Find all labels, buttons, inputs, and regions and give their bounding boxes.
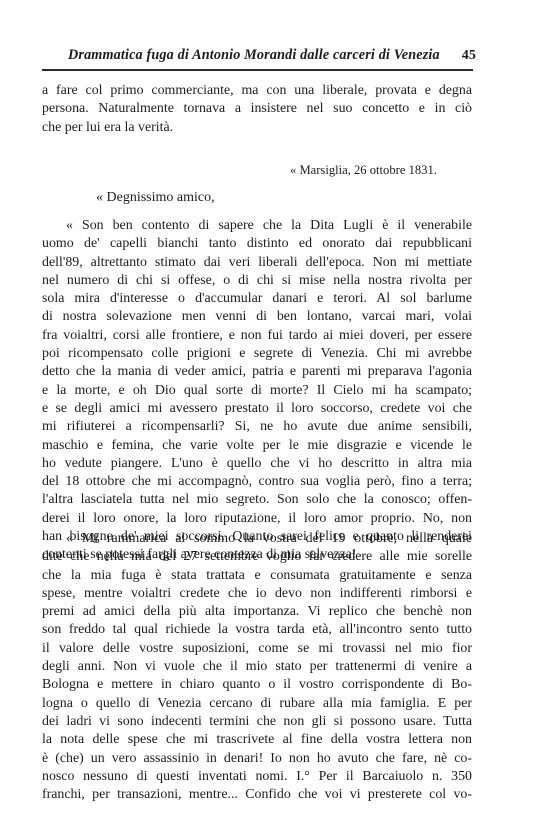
text-line: dei ladri vi sono indecenti termini che … — [42, 713, 472, 731]
text-line: detto che la mania di veder amici, patri… — [42, 363, 472, 381]
paragraph-continuation: a fare col primo commerciante, ma con un… — [42, 82, 472, 137]
text-line: e se degli amici mi avessero prestato il… — [42, 400, 472, 418]
letter-paragraph-1: « Son ben contento di sapere che la Dita… — [42, 217, 472, 565]
text-line: derei il loro onore, la loro riputazione… — [42, 510, 472, 528]
text-line: fra voialtri, corsi alle frontiere, e no… — [42, 327, 472, 345]
text-line: ho vedute piangere. L'uno è quello che v… — [42, 455, 472, 473]
text-line: maschio e femina, che varie volte per le… — [42, 437, 472, 455]
text-line: logna o quello di Venezia cercano di rub… — [42, 695, 472, 713]
text-line: Bologna e mettere in chiaro quanto o il … — [42, 676, 472, 694]
text-line: uomo de' capelli bianchi tanto distinto … — [42, 235, 472, 253]
book-page: Drammatica fuga di Antonio Morandi dalle… — [0, 0, 550, 828]
text-line: « Son ben contento di sapere che la Dita… — [42, 217, 472, 235]
letter-dateline: « Marsiglia, 26 ottobre 1831. — [290, 163, 447, 178]
text-line: che la mia fuga è stata trattata e consu… — [42, 567, 472, 585]
text-line: premi ad amici della più alta importanza… — [42, 603, 472, 621]
text-line: di nostra solevazione men venni di ben l… — [42, 308, 472, 326]
text-line: a fare col primo commerciante, ma con un… — [42, 82, 472, 100]
text-line: è (che) un vero assassinio in denari! Io… — [42, 750, 472, 768]
letter-salutation: « Degnissimo amico, — [96, 190, 215, 206]
text-line: l'altra lasciatela tutta nel mio segreto… — [42, 491, 472, 509]
text-line: il valore delle vostre suposizioni, come… — [42, 640, 472, 658]
letter-paragraph-2: « Mi rammarica al sommo la vostra del 19… — [42, 530, 472, 804]
text-line: sola mira d'interesse o d'accumular dana… — [42, 290, 472, 308]
page-number: 45 — [462, 48, 476, 64]
text-line: che per lui era la verità. — [42, 119, 472, 137]
text-line: « Mi rammarica al sommo la vostra del 19… — [42, 530, 472, 548]
text-line: poi ricompensato colle prigioni e segret… — [42, 345, 472, 363]
text-line: son freddo tal qual richiede la vostra t… — [42, 621, 472, 639]
text-line: e la morte, e oh Dio qual sorte di morte… — [42, 382, 472, 400]
text-line: persona. Naturalmente tornava a insister… — [42, 100, 472, 118]
text-line: dite che nella mia del 27 settembre vogl… — [42, 548, 472, 566]
running-head: Drammatica fuga di Antonio Morandi dalle… — [42, 47, 474, 64]
text-line: spese, mentre voialtri credete che io de… — [42, 585, 472, 603]
text-line: nosco nessuno di questi inventati nomi. … — [42, 768, 472, 786]
header-rule — [42, 69, 473, 71]
text-line: degli anni. Non vi vuole che il mio stat… — [42, 658, 472, 676]
text-line: dell'89, altrettanto stimato dai veri li… — [42, 254, 472, 272]
running-title: Drammatica fuga di Antonio Morandi dalle… — [42, 47, 440, 64]
text-line: franchi, per transazioni, mentre... Conf… — [42, 786, 472, 804]
text-line: nel numero di chi si offese, o di chi si… — [42, 272, 472, 290]
text-line: la nota delle spese che mi trascrivete a… — [42, 731, 472, 749]
text-line: mi rifiuterei a ricompensarli? Si, ne ho… — [42, 418, 472, 436]
text-line: del 18 ottobre che mi accompagnò, contro… — [42, 473, 472, 491]
